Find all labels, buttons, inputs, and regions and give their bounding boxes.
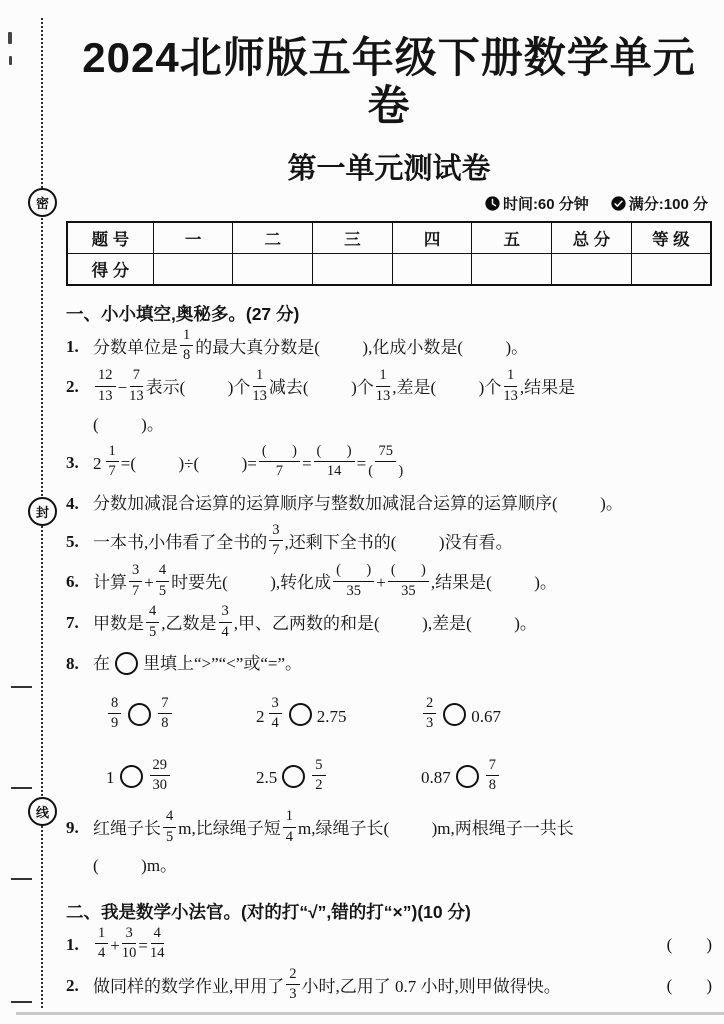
- question-text: ,结果是: [520, 378, 575, 397]
- whole-number: 2: [256, 707, 265, 727]
- question-number: 2.: [66, 969, 93, 1004]
- fraction-denominator: 7: [132, 582, 139, 600]
- question-text: m,比绿绳子短: [178, 819, 280, 838]
- question-text: 的最大真分数是( ),化成小数是( )。: [195, 337, 528, 356]
- question-text: +: [110, 936, 120, 955]
- question-text: ,差是( )个: [392, 378, 501, 397]
- fraction-denominator: 4: [98, 944, 105, 962]
- question-body: 红绳子长45m,比绿绳子短14m,绿绳子长( )m,两根绳子一共长( )m。: [93, 811, 712, 884]
- compare-circle: [128, 703, 151, 726]
- fraction-numerator: ( ): [388, 562, 429, 581]
- question-body: 分数单位是18的最大真分数是( ),化成小数是( )。: [93, 330, 712, 368]
- compare-item: 230.67: [421, 698, 712, 736]
- time-label: 时间:60 分钟: [503, 193, 589, 214]
- fraction: 17: [106, 443, 119, 481]
- score-header-row: 题 号一二三四五总 分等 级: [67, 222, 711, 254]
- question-body: 217=( )÷( )=( )7=( )14=75( ): [93, 446, 712, 484]
- fraction-numerator: 4: [156, 562, 169, 581]
- score-header-cell: 五: [472, 222, 552, 254]
- clock-icon: [485, 196, 500, 211]
- question: 7.甲数是45,乙数是34,甲、乙两数的和是( ),差是( )。: [66, 606, 712, 644]
- fraction: 113: [503, 367, 518, 405]
- question-text: 表示( )个: [146, 378, 251, 397]
- fraction-numerator: 2: [286, 966, 299, 985]
- question-body: 一本书,小伟看了全书的37,还剩下全书的( )没有看。: [93, 525, 712, 563]
- question-text: ,结果是( )。: [431, 573, 557, 592]
- section-title: 二、我是数学小法官。(对的打“√”,错的打“×”)(10 分): [66, 899, 712, 924]
- question: 4.分数加减混合运算的运算顺序与整数加减混合运算的运算顺序( )。: [66, 487, 712, 522]
- question: 2.做同样的数学作业,甲用了23小时,乙用了 0.7 小时,则甲做得快。( ): [66, 969, 712, 1007]
- fraction-numerator: 29: [150, 757, 171, 776]
- fraction: 414: [150, 925, 165, 963]
- score-empty-cell: [313, 253, 393, 285]
- question-number: 7.: [66, 606, 93, 641]
- compare-item: 12930: [106, 760, 256, 798]
- sections: 一、小小填空,奥秘多。(27 分)1.分数单位是18的最大真分数是( ),化成小…: [66, 301, 712, 1007]
- fraction-numerator: 7: [486, 757, 499, 776]
- question-number: 2.: [66, 370, 93, 405]
- question-text: 0.87: [421, 768, 451, 788]
- question-text: 分数加减混合运算的运算顺序与整数加减混合运算的运算顺序( )。: [93, 494, 623, 513]
- fraction-denominator: 5: [159, 582, 166, 600]
- question-text: 一本书,小伟看了全书的: [93, 532, 267, 551]
- page-subtitle: 第一单元测试卷: [66, 146, 712, 187]
- fraction: 2930: [150, 757, 171, 795]
- fraction: 37: [129, 562, 142, 600]
- fraction-numerator: 7: [130, 367, 143, 386]
- fraction-numerator: 1: [376, 367, 389, 386]
- score-empty-cell: [472, 253, 552, 285]
- fraction-denominator: 4: [272, 714, 279, 732]
- question-text: 分数单位是: [93, 337, 178, 356]
- question-number: 4.: [66, 487, 93, 522]
- fraction: ( )35: [333, 562, 374, 600]
- score-empty-cell: [233, 253, 313, 285]
- fraction-denominator: 7: [276, 462, 283, 480]
- score-header-cell: 四: [392, 222, 472, 254]
- compare-circle: [115, 652, 138, 675]
- fraction-numerator: 75: [375, 443, 396, 462]
- fraction-denominator: 4: [286, 828, 293, 846]
- margin-tick: [11, 1001, 32, 1003]
- fraction-numerator: 4: [151, 925, 164, 944]
- fraction-numerator: ( ): [333, 562, 374, 581]
- time-info: 时间:60 分钟: [485, 193, 589, 214]
- margin-tick: [11, 686, 32, 688]
- question-number: 6.: [66, 565, 93, 600]
- fraction-denominator: 7: [109, 462, 116, 480]
- fraction: 113: [252, 367, 267, 405]
- fraction-numerator: 5: [312, 757, 325, 776]
- fraction-denominator: 30: [153, 776, 168, 794]
- score-empty-cell: [552, 253, 632, 285]
- question-text: 时要先( ),转化成: [171, 573, 331, 592]
- question: 5.一本书,小伟看了全书的37,还剩下全书的( )没有看。: [66, 525, 712, 563]
- compare-circle: [443, 703, 466, 726]
- fraction-denominator: 13: [252, 387, 267, 405]
- question-text: =: [302, 454, 312, 473]
- fraction: ( )14: [314, 443, 355, 481]
- compare-circle: [282, 765, 305, 788]
- fraction-denominator: 5: [149, 623, 156, 641]
- score-label: 满分:100 分: [629, 193, 708, 214]
- score-table: 题 号一二三四五总 分等 级 得 分: [66, 221, 712, 286]
- answer-bracket: ( ): [667, 969, 712, 1004]
- question-body: 分数加减混合运算的运算顺序与整数加减混合运算的运算顺序( )。: [93, 487, 712, 522]
- fraction-denominator: 7: [272, 541, 279, 559]
- fraction-numerator: ( ): [259, 443, 300, 462]
- page-title: 2024北师版五年级下册数学单元卷: [66, 34, 712, 131]
- question-number: 5.: [66, 525, 93, 560]
- answer-bracket: ( ): [667, 928, 712, 963]
- fraction: 75( ): [368, 443, 403, 481]
- compare-circle: [120, 765, 143, 788]
- question-body: 做同样的数学作业,甲用了23小时,乙用了 0.7 小时,则甲做得快。: [93, 969, 655, 1007]
- fraction: 310: [122, 925, 137, 963]
- margin-tick: [11, 787, 32, 789]
- fraction: 78: [158, 695, 171, 733]
- compare-item: 8978: [106, 698, 256, 736]
- question-body: 计算37+45时要先( ),转化成( )35+( )35,结果是( )。: [93, 565, 712, 603]
- question: 2.1213−713表示( )个113减去( )个113,差是( )个113,结…: [66, 370, 712, 443]
- fraction-denominator: 14: [327, 462, 342, 480]
- fraction-numerator: 1: [504, 367, 517, 386]
- question-number: 1.: [66, 330, 93, 365]
- fraction-denominator: 8: [183, 346, 190, 364]
- fraction-numerator: 1: [180, 327, 193, 346]
- question-text: ,乙数是: [161, 614, 216, 633]
- fraction-numerator: 4: [146, 603, 159, 622]
- fraction-numerator: 3: [219, 603, 232, 622]
- fraction-denominator: 9: [111, 714, 118, 732]
- question-text: =: [357, 454, 367, 473]
- fraction-denominator: 14: [150, 944, 165, 962]
- question-text: 2.5: [256, 768, 277, 788]
- fraction: 45: [163, 808, 176, 846]
- question-body: 甲数是45,乙数是34,甲、乙两数的和是( ),差是( )。: [93, 606, 712, 644]
- section-title: 一、小小填空,奥秘多。(27 分): [66, 301, 712, 326]
- score-row: 得 分: [67, 253, 711, 285]
- fraction-denominator: 35: [346, 582, 361, 600]
- section-2: 二、我是数学小法官。(对的打“√”,错的打“×”)(10 分)1.14+310=…: [66, 899, 712, 1007]
- fraction: 18: [180, 327, 193, 365]
- fraction: 45: [146, 603, 159, 641]
- fraction-numerator: 2: [423, 695, 436, 714]
- question-body: 1213−713表示( )个113减去( )个113,差是( )个113,结果是…: [93, 370, 712, 443]
- fraction: 89: [108, 695, 121, 733]
- fraction-denominator: 2: [315, 776, 322, 794]
- question-text: 2.75: [317, 707, 347, 727]
- fraction-denominator: 10: [122, 944, 137, 962]
- question-number: 8.: [66, 647, 93, 682]
- question-text: +: [376, 573, 386, 592]
- question-text: 里填上“>”“<”或“=”。: [143, 654, 302, 673]
- question-text: ,还剩下全书的( )没有看。: [285, 532, 513, 551]
- fraction-denominator: 5: [166, 828, 173, 846]
- fraction: 14: [95, 925, 108, 963]
- question-number: 3.: [66, 446, 93, 481]
- compare-item: 2342.75: [256, 698, 421, 736]
- scan-artifact: [9, 56, 12, 65]
- check-circle-icon: [611, 196, 626, 211]
- question-text: 减去( )个: [269, 378, 374, 397]
- score-info: 满分:100 分: [611, 193, 708, 214]
- question: 9.红绳子长45m,比绿绳子短14m,绿绳子长( )m,两根绳子一共长( )m。: [66, 811, 712, 884]
- question-text: 计算: [93, 573, 127, 592]
- compare-item: 2.552: [256, 760, 421, 798]
- fraction-denominator: 13: [129, 387, 144, 405]
- fraction: 45: [156, 562, 169, 600]
- question-text: 小时,乙用了 0.7 小时,则甲做得快。: [302, 977, 561, 996]
- question-text: 在: [93, 654, 110, 673]
- question-text: =( )÷( )=: [121, 454, 257, 473]
- fraction-numerator: 1: [106, 443, 119, 462]
- question-number: 1.: [66, 928, 93, 963]
- section-1: 一、小小填空,奥秘多。(27 分)1.分数单位是18的最大真分数是( ),化成小…: [66, 301, 712, 884]
- exam-paper-page: 密 封 线 2024北师版五年级下册数学单元卷 第一单元测试卷 时间:60 分钟…: [0, 0, 724, 1024]
- question-text: m,绿绳子长( )m,两根绳子一共长: [298, 819, 574, 838]
- question-text: 0.67: [471, 707, 501, 727]
- fraction-denominator: 3: [426, 714, 433, 732]
- score-empty-cell: [153, 253, 233, 285]
- question: 1.14+310=414( ): [66, 928, 712, 966]
- fraction-numerator: 12: [95, 367, 116, 386]
- scan-artifact: [8, 32, 12, 44]
- question-text: ( )。: [93, 415, 164, 434]
- fraction-numerator: 1: [95, 925, 108, 944]
- exam-meta: 时间:60 分钟 满分:100 分: [66, 193, 708, 214]
- question-body: 在里填上“>”“<”或“=”。: [93, 647, 712, 682]
- fraction: 713: [129, 367, 144, 405]
- fraction-numerator: 8: [108, 695, 121, 714]
- seal-char-xian: 线: [28, 797, 57, 826]
- score-row-label: 得 分: [67, 253, 153, 285]
- page-bottom-edge: [16, 1012, 724, 1015]
- question-body: 14+310=414: [93, 928, 655, 966]
- score-header-cell: 题 号: [67, 222, 153, 254]
- fraction-denominator: 8: [161, 714, 168, 732]
- fraction-numerator: 3: [269, 695, 282, 714]
- fraction: 37: [269, 522, 282, 560]
- question-text: −: [118, 378, 128, 397]
- question-text: =: [138, 936, 148, 955]
- fraction: 1213: [95, 367, 116, 405]
- fraction: 23: [286, 966, 299, 1004]
- fraction-numerator: 3: [269, 522, 282, 541]
- compare-circle: [456, 765, 479, 788]
- fraction-numerator: 7: [158, 695, 171, 714]
- fraction-denominator: 13: [376, 387, 391, 405]
- fraction-denominator: 13: [503, 387, 518, 405]
- seal-char-feng: 封: [28, 497, 57, 526]
- fraction-numerator: 3: [129, 562, 142, 581]
- question-text: ,甲、乙两数的和是( ),差是( )。: [234, 614, 537, 633]
- question-text: +: [144, 573, 154, 592]
- fraction-denominator: 13: [98, 387, 113, 405]
- whole-number: 2: [93, 447, 102, 482]
- fraction: 14: [283, 808, 296, 846]
- question-text: 红绳子长: [93, 819, 161, 838]
- fraction-numerator: 3: [122, 925, 135, 944]
- question: 1.分数单位是18的最大真分数是( ),化成小数是( )。: [66, 330, 712, 368]
- question: 8.在里填上“>”“<”或“=”。: [66, 647, 712, 682]
- question-text: 甲数是: [93, 614, 144, 633]
- score-empty-cell: [392, 253, 472, 285]
- fraction-denominator: 8: [489, 776, 496, 794]
- question-number: 9.: [66, 811, 93, 846]
- score-header-cell: 一: [153, 222, 233, 254]
- question-text: 1: [106, 768, 115, 788]
- fraction: 113: [376, 367, 391, 405]
- question: 6.计算37+45时要先( ),转化成( )35+( )35,结果是( )。: [66, 565, 712, 603]
- compare-item: 0.8778: [421, 760, 712, 798]
- question-text: ( )m。: [93, 856, 177, 875]
- fraction-numerator: 1: [253, 367, 266, 386]
- fraction-numerator: 1: [283, 808, 296, 827]
- score-header-cell: 二: [233, 222, 313, 254]
- fraction: ( )7: [259, 443, 300, 481]
- mixed-number: 217: [93, 446, 121, 484]
- score-header-cell: 总 分: [552, 222, 632, 254]
- margin-tick: [11, 878, 32, 880]
- score-header-cell: 三: [313, 222, 393, 254]
- fraction: 78: [486, 757, 499, 795]
- fraction-denominator: ( ): [368, 462, 403, 480]
- compare-grid: 89782342.75230.67129302.5520.8778: [106, 698, 712, 798]
- question-text: 做同样的数学作业,甲用了: [93, 977, 284, 996]
- fraction-numerator: 4: [163, 808, 176, 827]
- question: 3.217=( )÷( )=( )7=( )14=75( ): [66, 446, 712, 484]
- fraction-denominator: 35: [401, 582, 416, 600]
- score-header-cell: 等 级: [631, 222, 711, 254]
- fraction: 23: [423, 695, 436, 733]
- fraction: 34: [269, 695, 282, 733]
- fraction-denominator: 4: [222, 623, 229, 641]
- fraction: 52: [312, 757, 325, 795]
- mixed-number: 234: [256, 698, 284, 736]
- paper-content: 2024北师版五年级下册数学单元卷 第一单元测试卷 时间:60 分钟 满分:10…: [66, 34, 712, 1010]
- compare-circle: [289, 703, 312, 726]
- score-empty-cell: [631, 253, 711, 285]
- seal-char-mi: 密: [28, 188, 57, 217]
- fraction-numerator: ( ): [314, 443, 355, 462]
- fraction: ( )35: [388, 562, 429, 600]
- fraction-denominator: 3: [289, 985, 296, 1003]
- fraction: 34: [219, 603, 232, 641]
